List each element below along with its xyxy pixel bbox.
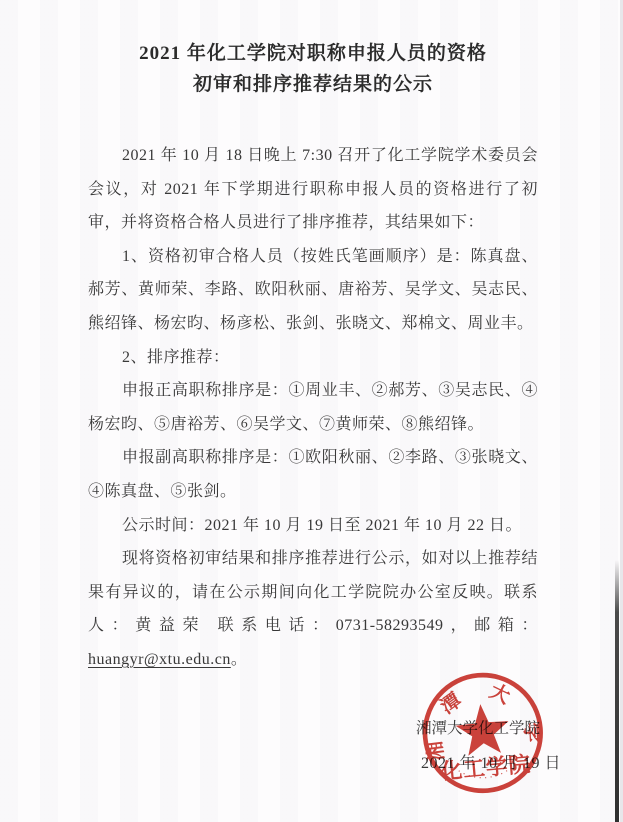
scanned-document-page: 2021 年化工学院对职称申报人员的资格 初审和排序推荐结果的公示 2021 年… [0,0,623,822]
paragraph-qualified-list: 1、资格初审合格人员（按姓氏笔画顺序）是：陈真盘、郝芳、黄师荣、李路、欧阳秋丽、… [88,240,538,341]
document-body: 2021 年 10 月 18 日晚上 7:30 召开了化工学院学术委员会会议，对… [88,139,538,677]
paragraph-intro: 2021 年 10 月 18 日晚上 7:30 召开了化工学院学术委员会会议，对… [88,139,538,240]
paragraph-senior-ranking: 申报正高职称排序是：①周业丰、②郝芳、③吴志民、④杨宏昀、⑤唐裕芳、⑥吴学文、⑦… [88,374,538,441]
closing-suffix: 。 [231,651,248,668]
official-seal: 湘 潭 大 学 化工学院 ············· [414,666,553,805]
title-line-2: 初审和排序推荐结果的公示 [86,69,540,100]
title-line-1: 2021 年化工学院对职称申报人员的资格 [86,38,540,69]
contact-email-link[interactable]: huangyr@xtu.edu.cn [88,651,231,668]
scan-edge-dark-line [615,560,619,822]
paragraph-ranking-heading: 2、排序推荐： [88,341,538,375]
seal-star-icon [454,702,511,757]
closing-text: 现将资格初审结果和排序推荐进行公示，如对以上推荐结果有异议的，请在公示期间向化工… [88,550,538,634]
document-title: 2021 年化工学院对职称申报人员的资格 初审和排序推荐结果的公示 [86,38,540,100]
paragraph-publicity-period: 公示时间：2021 年 10 月 19 日至 2021 年 10 月 22 日。 [88,509,538,543]
paragraph-associate-ranking: 申报副高职称排序是：①欧阳秋丽、②李路、③张晓文、④陈真盘、⑤张剑。 [88,441,538,508]
paragraph-closing: 现将资格初审结果和排序推荐进行公示，如对以上推荐结果有异议的，请在公示期间向化工… [88,542,538,676]
